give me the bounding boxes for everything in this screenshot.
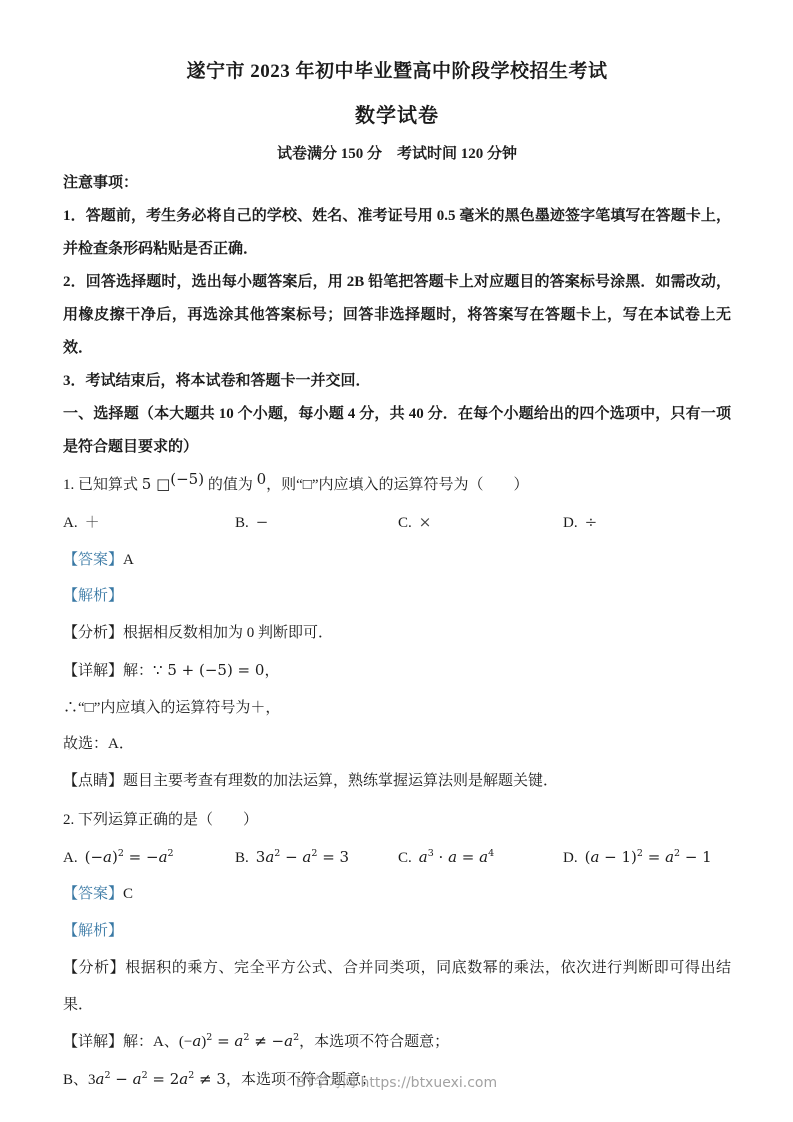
option-label: C. <box>398 515 412 531</box>
answer-value: C <box>123 886 133 902</box>
question-2-option-d: D.(a − 1)2 = a2 − 1 <box>563 839 731 877</box>
question-1-option-b: B.− <box>235 504 398 542</box>
notice-item-2: 2．回答选择题时，选出每小题答案后，用 2B 铅笔把答题卡上对应题目的答案标号涂… <box>63 266 731 365</box>
question-2-stem: 2. 下列运算正确的是（ ） <box>63 800 731 839</box>
question-2-answer-line: 【答案】C <box>63 876 731 913</box>
option-symbol: ÷ <box>585 513 598 531</box>
option-math: a3 · a = a4 <box>419 848 494 866</box>
analysis-tag: 【解析】 <box>63 588 123 604</box>
question-1: 1. 已知算式 5 □(−5) 的值为 0，则“□”内应填入的运算符号为（ ） … <box>63 464 731 800</box>
question-2-analysis-tag-line: 【解析】 <box>63 913 731 950</box>
option-math: 3a2 − a2 = 3 <box>256 848 349 866</box>
question-1-stem: 1. 已知算式 5 □(−5) 的值为 0，则“□”内应填入的运算符号为（ ） <box>63 464 731 504</box>
option-label: A. <box>63 515 78 531</box>
option-symbol: − <box>256 513 269 531</box>
question-2-analysis-line: 【分析】根据积的乘方、完全平方公式、合并同类项，同底数幂的乘法，依次进行判断即可… <box>63 950 731 1024</box>
notice-item-1: 1．答题前，考生务必将自己的学校、姓名、准考证号用 0.5 毫米的黑色墨迹签字笔… <box>63 200 731 266</box>
exam-subject-title: 数学试卷 <box>63 99 731 128</box>
option-label: B. <box>235 850 249 866</box>
watermark: BT学习网 https://btxuexi.com <box>296 1075 497 1091</box>
question-2-option-c: C.a3 · a = a4 <box>398 839 563 877</box>
option-symbol: ＋ <box>85 513 100 531</box>
notice-item-3: 3．考试结束后，将本试卷和答题卡一并交回． <box>63 365 731 398</box>
option-math: (−a)2 = −a2 <box>85 848 174 866</box>
option-label: B. <box>235 515 249 531</box>
answer-tag: 【答案】 <box>63 552 123 568</box>
option-label: A. <box>63 850 78 866</box>
question-2-option-a: A.(−a)2 = −a2 <box>63 839 235 877</box>
exam-title: 遂宁市 2023 年初中毕业暨高中阶段学校招生考试 <box>63 56 731 83</box>
question-1-conclusion-line: ∴“□”内应填入的运算符号为＋， <box>63 690 731 727</box>
option-label: D. <box>563 850 578 866</box>
question-1-note-line: 【点睛】题目主要考查有理数的加法运算，熟练掌握运算法则是解题关键． <box>63 763 731 800</box>
question-1-detail-line: 【详解】解：∵ 5 + (−5) = 0， <box>63 652 731 690</box>
question-1-option-a: A.＋ <box>63 504 235 542</box>
notice-heading: 注意事项： <box>63 167 731 200</box>
question-1-analysis-tag-line: 【解析】 <box>63 578 731 615</box>
answer-value: A <box>123 552 134 568</box>
analysis-tag: 【解析】 <box>63 923 123 939</box>
option-symbol: × <box>419 513 432 531</box>
exam-meta: 试卷满分 150 分 考试时间 120 分钟 <box>63 142 731 163</box>
question-2-detail-a-line: 【详解】解：A、(−a)2 = a2 ≠ −a2，本选项不符合题意； <box>63 1023 731 1061</box>
exam-paper-page: 遂宁市 2023 年初中毕业暨高中阶段学校招生考试 数学试卷 试卷满分 150 … <box>0 0 793 1099</box>
page-footer: BT学习网 https://btxuexi.com <box>0 1072 793 1092</box>
question-1-choice-line: 故选：A． <box>63 726 731 763</box>
question-1-options: A.＋ B.− C.× D.÷ <box>63 504 731 542</box>
question-1-option-d: D.÷ <box>563 504 731 542</box>
question-2-options: A.(−a)2 = −a2 B.3a2 − a2 = 3 C.a3 · a = … <box>63 839 731 877</box>
question-1-analysis-line: 【分析】根据相反数相加为 0 判断即可． <box>63 615 731 652</box>
option-label: D. <box>563 515 578 531</box>
question-2-option-b: B.3a2 − a2 = 3 <box>235 839 398 877</box>
option-math: (a − 1)2 = a2 − 1 <box>585 848 712 866</box>
notice-section: 注意事项： 1．答题前，考生务必将自己的学校、姓名、准考证号用 0.5 毫米的黑… <box>63 167 731 464</box>
question-1-answer-line: 【答案】A <box>63 542 731 579</box>
question-2: 2. 下列运算正确的是（ ） A.(−a)2 = −a2 B.3a2 − a2 … <box>63 800 731 1099</box>
answer-tag: 【答案】 <box>63 886 123 902</box>
option-label: C. <box>398 850 412 866</box>
question-1-option-c: C.× <box>398 504 563 542</box>
section-one-heading: 一、选择题（本大题共 10 个小题，每小题 4 分，共 40 分．在每个小题给出… <box>63 398 731 464</box>
